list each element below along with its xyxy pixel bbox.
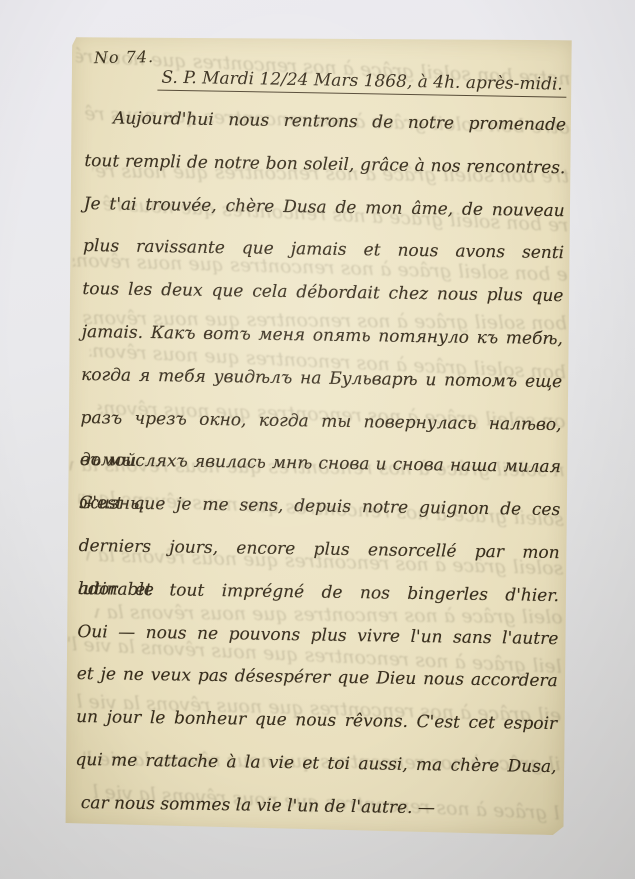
letter-line: car nous sommes la vie l'un de l'autre. … [75,782,557,832]
letter-line: Aujourd'hui nous rentrons de notre prome… [85,97,567,147]
letter-line: plus ravissante que jamais et nous avons… [83,225,565,275]
letter-line: C'est que je me sens, depuis notre guign… [79,482,561,532]
letter-body: Aujourd'hui nous rentrons de notre prome… [74,97,566,835]
letter-line: qui me rattache à la vie et toi aussi, m… [75,739,557,789]
letter-line: un jour le bonheur que nous rêvons. C'es… [76,696,558,746]
letter-line: когда я тебя увидѣлъ на Бульварѣ и потом… [81,354,563,404]
letter-line: Oui — nous ne pouvons plus vivre l'un sa… [77,611,559,661]
letter-line: jamais. Какъ вотъ меня опять потянуло къ… [82,311,564,361]
letter-dateline: S. P. Mardi 12/24 Mars 1868, à 4h. après… [157,68,566,98]
letter-paper: notre bon soleil grâce à nos rencontres … [60,33,575,835]
letter-number: No 74. [94,47,155,67]
photograph-background: notre bon soleil grâce à nos rencontres … [0,0,635,879]
letter-line: tous les deux que cela débordait chez no… [82,268,564,318]
letter-line: lutin et tout imprégné de nos bingerles … [78,568,560,618]
letter-line: tout rempli de notre bon soleil, grâce à… [84,140,566,190]
letter-line: въ мысляхъ явилась мнѣ снова и снова наш… [80,439,562,489]
letter-line: derniers jours, encore plus ensorcellé p… [78,525,560,575]
letter-line: Je t'ai trouvée, chère Dusa de mon âme, … [83,183,565,233]
letter-line: разъ чрезъ окно, когда ты повернулась на… [80,397,562,447]
letter-line: et je ne veux pas désespérer que Dieu no… [76,653,558,703]
